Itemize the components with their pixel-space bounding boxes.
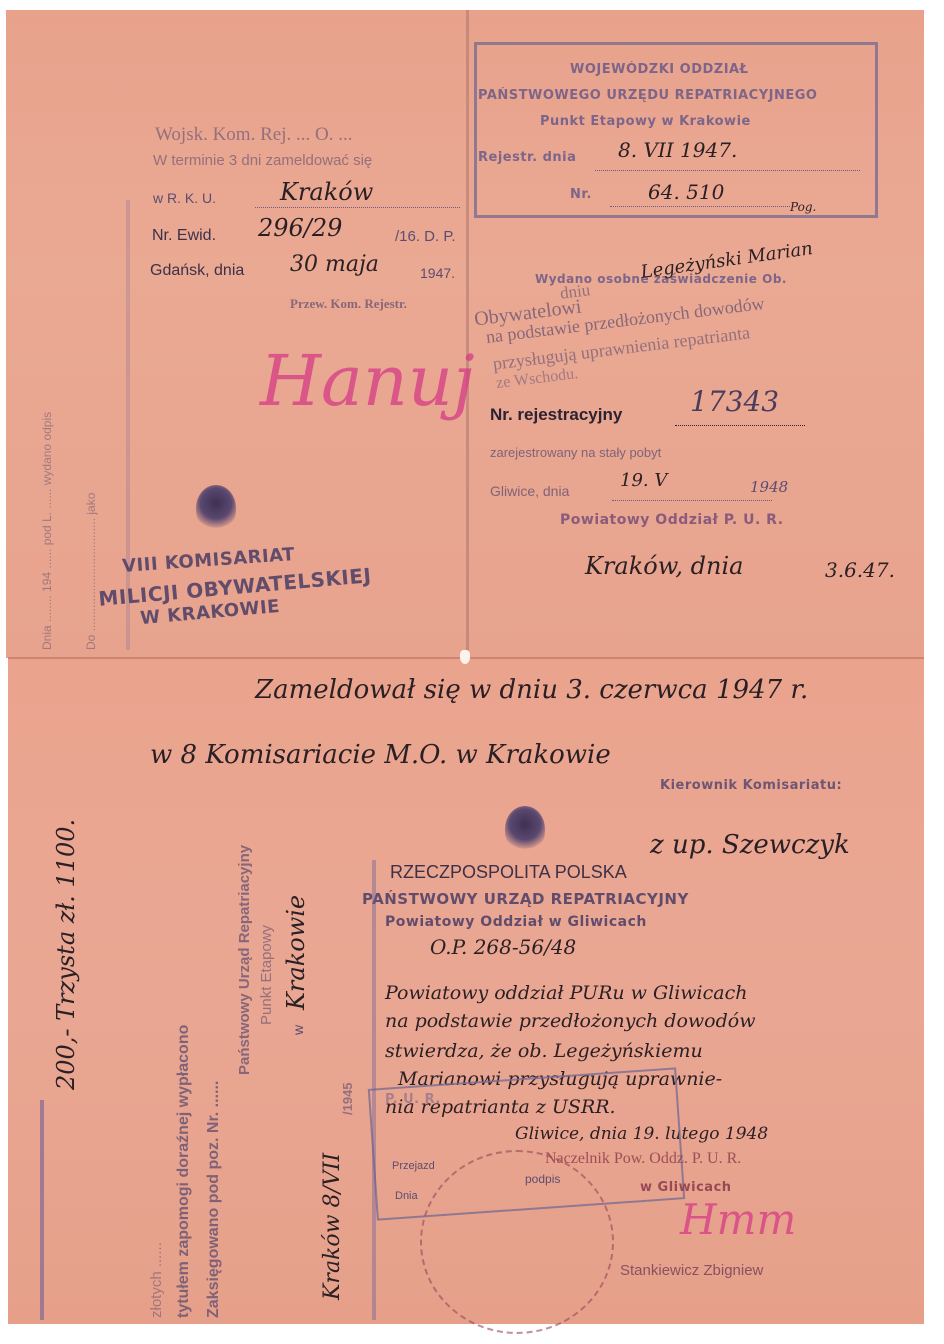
powiatowy-stamp: Powiatowy Oddział P. U. R. bbox=[560, 512, 784, 528]
nr-rejestracyjny-value: 17343 bbox=[690, 385, 779, 418]
zameldowal-line-1: Zameldował się w dniu 3. czerwca 1947 r. bbox=[255, 675, 808, 705]
vertical-pur: Państwowy Urząd Repatriacyjny bbox=[236, 845, 253, 1075]
vertical-tytulem: tytułem zapomogi doraźnej wypłacono bbox=[175, 1025, 193, 1318]
vertical-date-hand: Kraków 8/VII bbox=[320, 1153, 345, 1300]
vertical-w-hand: Krakowie bbox=[282, 895, 310, 1010]
eagle-emblem-top bbox=[196, 485, 236, 531]
krakow-dnia: Kraków, dnia bbox=[585, 552, 743, 580]
nr-value: 64. 510 bbox=[648, 180, 724, 204]
pur-body-1: Powiatowy oddział PURu w Gliwicach bbox=[385, 982, 747, 1004]
nr-label: Nr. bbox=[570, 187, 592, 202]
dniu: dniu bbox=[559, 280, 591, 304]
gliwice-label: Gliwice, dnia bbox=[490, 483, 569, 499]
pobyt-label: zarejestrowany na stały pobyt bbox=[490, 445, 661, 460]
rejestr-date: 8. VII 1947. bbox=[618, 138, 737, 162]
nr-rejestracyjny-label: Nr. rejestracyjny bbox=[490, 405, 622, 425]
rku-value: Kraków bbox=[280, 178, 373, 206]
vertical-punkt: Punkt Etapowy bbox=[258, 925, 275, 1025]
vertical-zlotych: złotych ...... bbox=[148, 1242, 165, 1318]
paper-tear bbox=[460, 650, 470, 664]
naczelnik-label: Naczelnik Pow. Oddz. P. U. R. bbox=[545, 1150, 741, 1168]
ewid-value: 296/29 bbox=[258, 214, 342, 242]
rp-title: RZECZPOSPOLITA POLSKA bbox=[390, 862, 627, 883]
krakow-date: 3.6.47. bbox=[825, 558, 895, 582]
pur-body-2: na podstawie przedłożonych dowodów bbox=[385, 1010, 755, 1032]
signer-name: Stankiewicz Zbigniew bbox=[620, 1262, 763, 1279]
w-gliwicach: w Gliwicach bbox=[640, 1180, 732, 1195]
initials: Pog. bbox=[790, 200, 816, 214]
przejazd-label: Przejazd bbox=[392, 1160, 435, 1172]
eagle-emblem-bottom bbox=[505, 806, 545, 852]
pur-gliwice-office: Powiatowy Oddział w Gliwicach bbox=[385, 914, 647, 930]
red-signature-bottom: Hmm bbox=[680, 1195, 796, 1244]
rejestr-label: Rejestr. dnia bbox=[478, 150, 576, 165]
kierownik-signature: z up. Szewczyk bbox=[650, 830, 850, 860]
vertical-year: /1945 bbox=[340, 1082, 355, 1115]
przew-label: Przew. Kom. Rejestr. bbox=[290, 296, 407, 312]
pur-body-3: stwierdza, że ob. Legeżyńskiemu bbox=[385, 1040, 703, 1062]
pur-ref: O.P. 268-56/48 bbox=[430, 935, 576, 959]
rku-label: w R. K. U. bbox=[153, 190, 216, 206]
vertical-amount-hand: 200,- Trzysta zł. 1100. bbox=[52, 819, 80, 1090]
pur-title: PAŃSTWOWY URZĄD REPATRIACYJNY bbox=[362, 890, 689, 908]
registration-year: 1948 bbox=[750, 478, 788, 496]
ewid-suffix: /16. D. P. bbox=[395, 228, 456, 245]
vertical-zaksiegowano: Zaksięgowano pod poz. Nr. ...... bbox=[205, 1081, 223, 1318]
stamp-line-2: PAŃSTWOWEGO URZĘDU REPATRIACYJNEGO bbox=[478, 88, 817, 103]
gdansk-label: Gdańsk, dnia bbox=[150, 262, 244, 280]
zameldowal-line-2: w 8 Komisariacie M.O. w Krakowie bbox=[150, 740, 611, 770]
registration-date: 19. V bbox=[620, 470, 667, 491]
left-margin-text-2: Do .................................. ja… bbox=[84, 493, 98, 650]
stamp-line-1: WOJEWÓDZKI ODDZIAŁ bbox=[570, 62, 748, 77]
przejazd-p: P. U. R. bbox=[385, 1092, 441, 1107]
fold-line-vertical bbox=[466, 10, 469, 658]
dnia-label: Dnia bbox=[395, 1190, 418, 1202]
gdansk-date: 30 maja bbox=[290, 252, 379, 277]
ewid-label: Nr. Ewid. bbox=[152, 227, 216, 245]
left-margin-text-1: Dnia ........ 194 ...... pod L. ...... w… bbox=[40, 412, 54, 650]
vertical-w: w bbox=[290, 1025, 306, 1035]
gdansk-year: 1947. bbox=[420, 265, 455, 281]
round-seal bbox=[420, 1150, 614, 1334]
stamp-line-3: Punkt Etapowy w Krakowie bbox=[540, 114, 751, 129]
wojsk-line-1: Wojsk. Kom. Rej. ... O. ... bbox=[155, 124, 352, 146]
red-signature-top: Hanuj bbox=[260, 340, 475, 422]
kierownik-label: Kierownik Komisariatu: bbox=[660, 778, 842, 793]
wojsk-line-2: W terminie 3 dni zameldować się bbox=[153, 152, 372, 169]
